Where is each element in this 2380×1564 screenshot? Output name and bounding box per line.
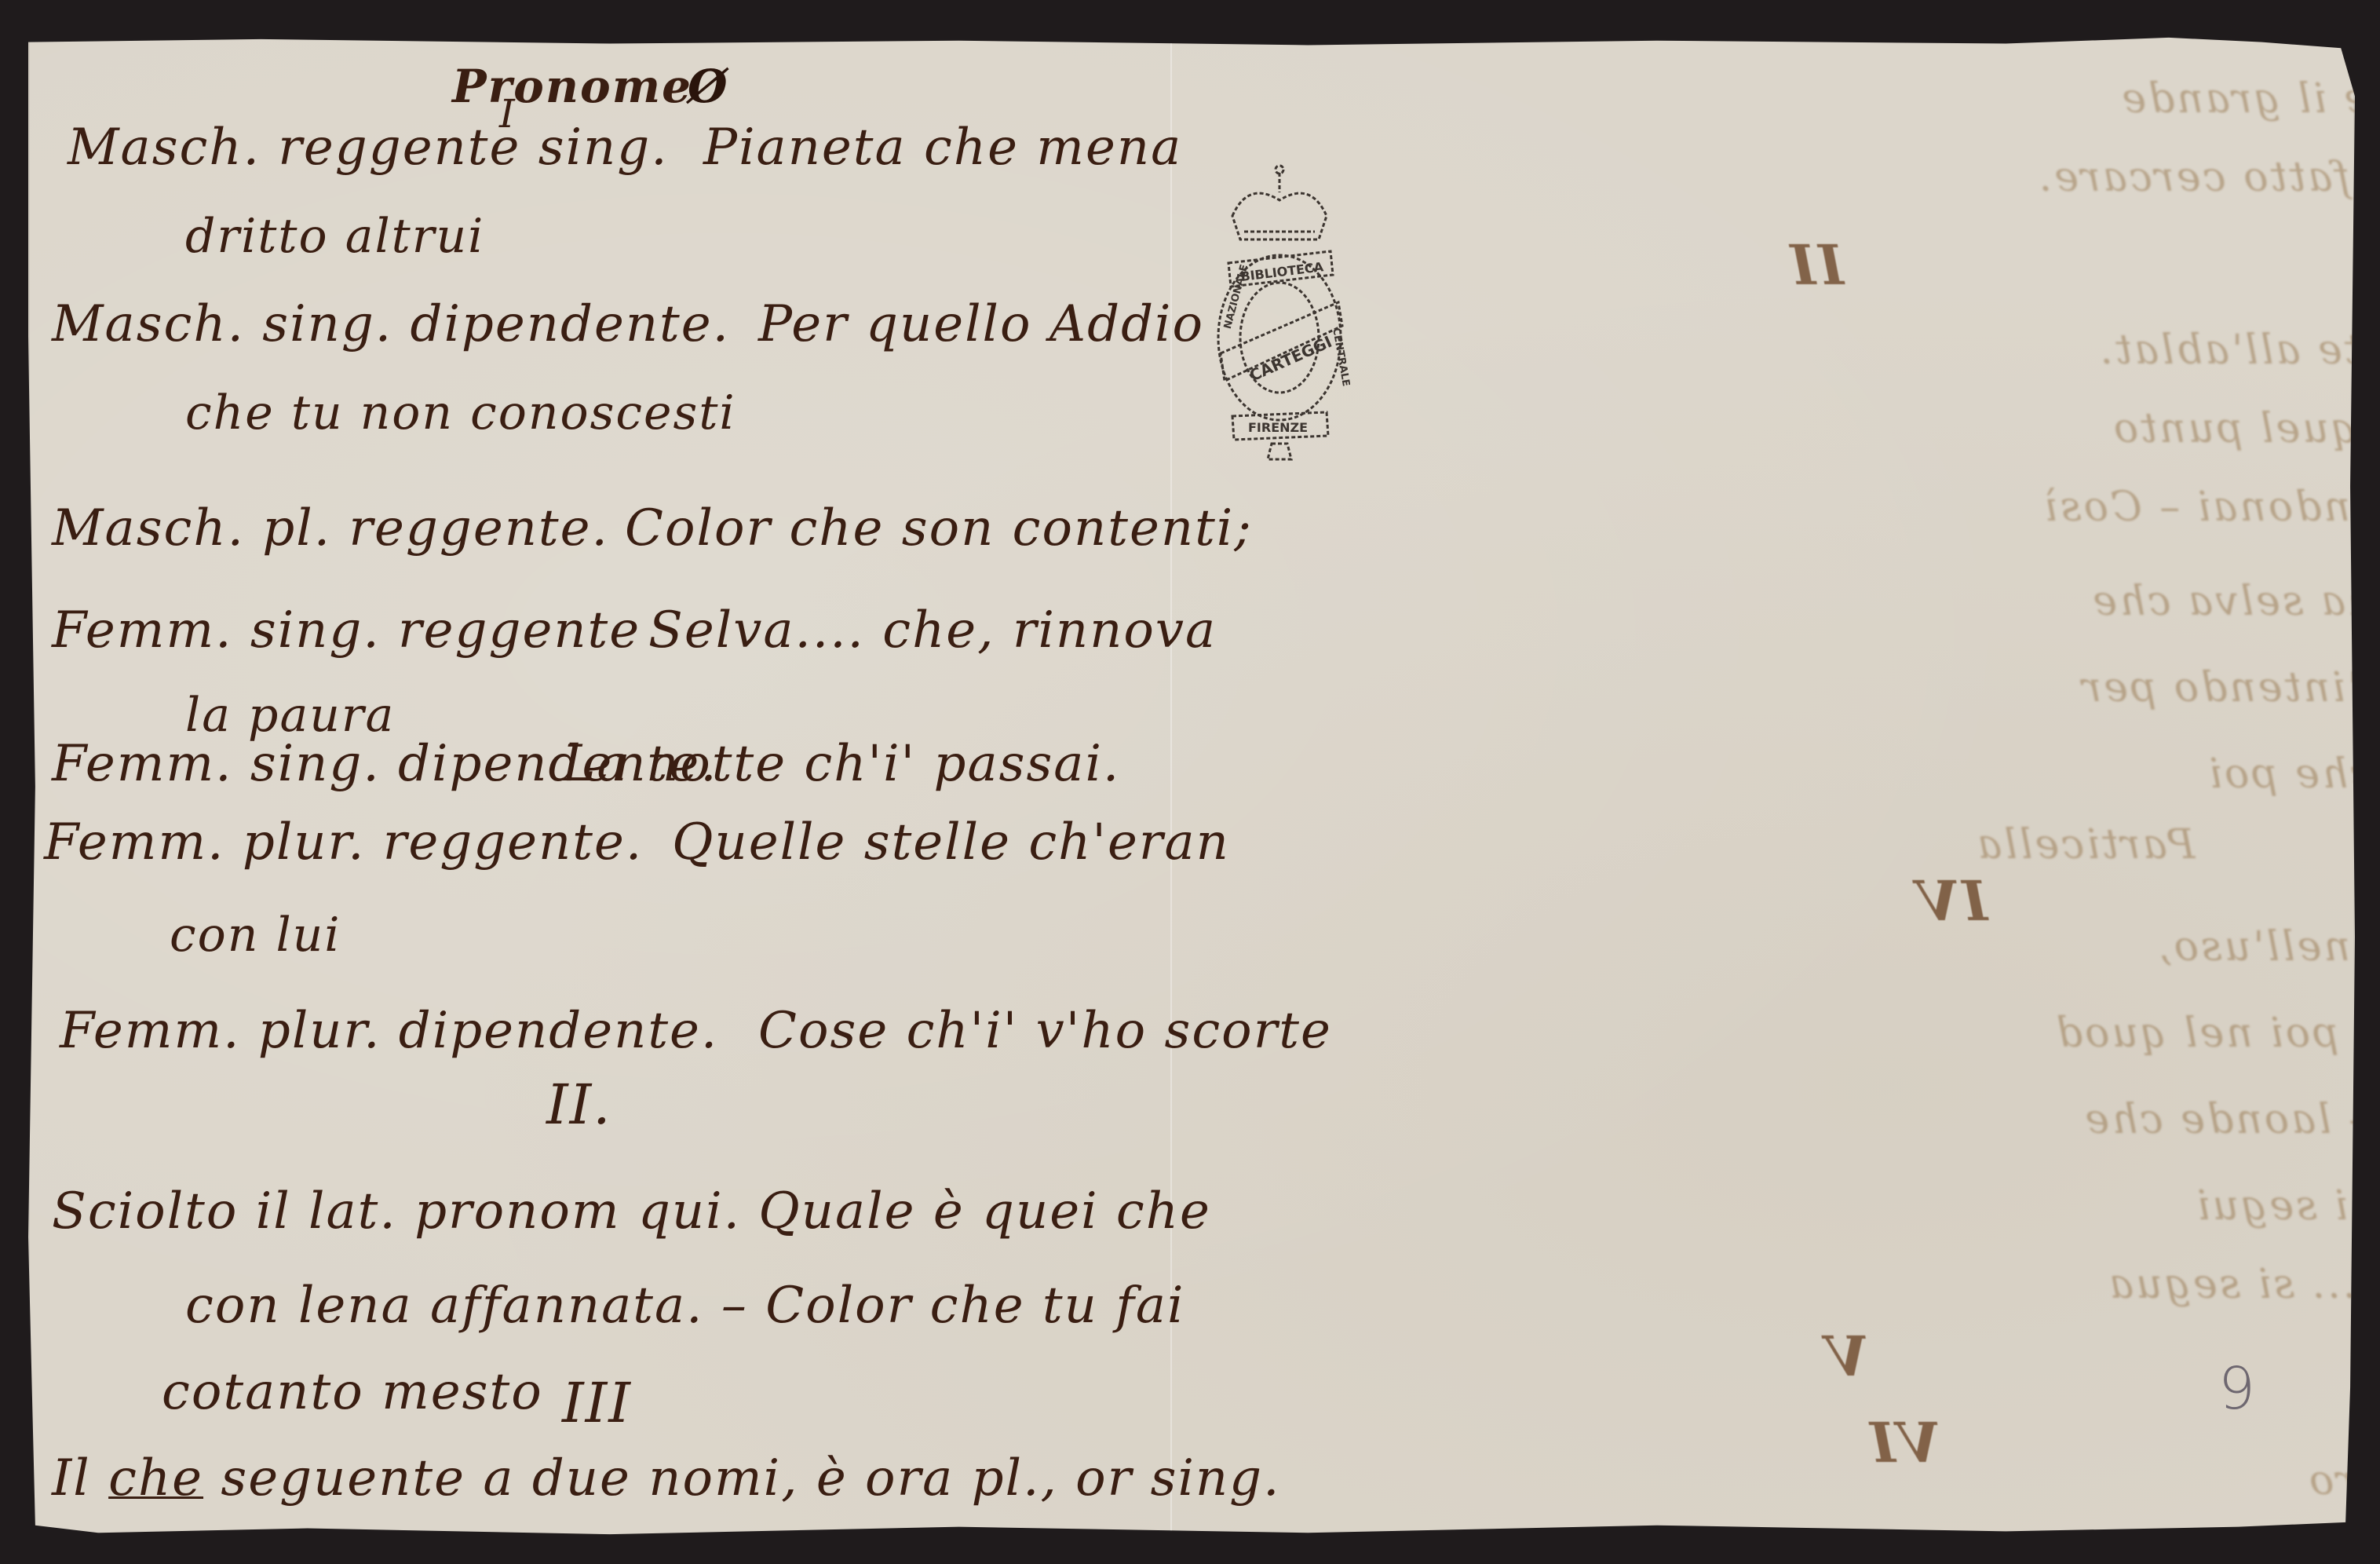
section-III-rest: seguente a due nomi, è ora pl., or sing. xyxy=(221,1449,1280,1507)
section-II-numeral: II. xyxy=(546,1073,612,1137)
bleed-line-11: ambeamente nel quia, e poi nel quod xyxy=(2054,1010,2380,1057)
scan-background: Pronome Ø I Masch. reggente sing. Pianet… xyxy=(0,0,2380,1564)
section-II-line-3: cotanto mesto xyxy=(162,1363,543,1421)
line-3-text: Color che son contenti; xyxy=(625,499,1253,557)
bleed-numeral-VI: VI xyxy=(1867,1410,1940,1475)
section-II-line-2: con lena affannata. – Color che tu fai xyxy=(185,1277,1185,1335)
bleed-numeral-V: V xyxy=(1823,1324,1868,1389)
line-4-text: Selva.... che, rinnova xyxy=(648,601,1217,660)
bleed-line-6: così intende l'altro: per una selva che xyxy=(2090,578,2380,625)
bleed-line-1: qui però. Il lungo studio e il grande xyxy=(2119,75,2380,122)
library-stamp-icon: BIBLIOTECA CARTEGGI FIRENZE NAZIONALE CE… xyxy=(1209,157,1350,471)
line-2-continuation: che tu non conoscesti xyxy=(185,386,736,440)
section-III-underlined-che: che xyxy=(108,1449,203,1507)
line-1-label: Masch. reggente sing. xyxy=(68,119,669,177)
line-6-continuation: con lui xyxy=(170,908,341,963)
bleed-line-12: laonde che .... avvenne – laonde che xyxy=(2082,1096,2380,1143)
line-2-text: Per quello Addio xyxy=(758,295,1204,353)
svg-text:CARTEGGI: CARTEGGI xyxy=(1247,332,1334,386)
bleed-line-10: corrispondente all'inf. lat. misto nell'… xyxy=(2156,923,2380,970)
folio-number: 9 xyxy=(2218,1355,2255,1423)
line-5-text: La notte ch'i' passai. xyxy=(562,735,1120,793)
line-3-label: Masch. pl. reggente. xyxy=(52,499,609,557)
section-III-line-1: Il che seguente a due nomi, è ora pl., o… xyxy=(52,1449,1280,1507)
manuscript-page: Pronome Ø I Masch. reggente sing. Pianet… xyxy=(28,36,2355,1537)
bleed-line-4: o alla partic. quum – che in quel punto xyxy=(2112,405,2380,452)
svg-text:NAZIONALE: NAZIONALE xyxy=(1222,263,1250,330)
line-6-label: Femm. plur. reggente. xyxy=(44,813,643,872)
section-III-prefix: Il xyxy=(52,1449,91,1507)
line-1-continuation: dritto altrui xyxy=(185,209,484,264)
bleed-numeral-IV: IV xyxy=(1915,868,1988,934)
line-7-text: Cose ch'i' v'ho scorte xyxy=(758,1002,1332,1060)
bleed-line-5: che la verace via abbandonai – Così xyxy=(2042,484,2380,531)
bleed-line-9: Particella xyxy=(1975,821,2195,868)
bleed-numeral-II: II xyxy=(1788,232,1845,298)
line-1-text: Pianeta che mena xyxy=(703,119,1182,177)
bleed-line-15: In la un verbo seguito da particella e l… xyxy=(2307,1457,2380,1504)
line-7-label: Femm. plur. dipendente. xyxy=(60,1002,718,1060)
line-2-label: Masch. sing. dipendente. xyxy=(52,295,730,353)
svg-text:FIRENZE: FIRENZE xyxy=(1248,420,1308,435)
bleed-line-14: – non avea che ... si segua xyxy=(2107,1261,2380,1308)
struck-letter: Ø xyxy=(688,60,729,113)
bleed-line-3: Sostituto (ciò) corrispondente all'ablat… xyxy=(2098,327,2380,374)
bleed-line-2: amore che m'han fatto cercare. xyxy=(2037,154,2380,201)
heading-title: Pronome xyxy=(452,60,692,113)
section-II-line-1: Sciolto il lat. pronom qui. Quale è quei… xyxy=(52,1182,1211,1241)
line-6-text: Quelle stelle ch'eran xyxy=(672,813,1230,872)
bleed-line-13: temenne – tempo e avvenne che tu mi segu… xyxy=(2195,1182,2380,1230)
bleed-line-7: la... via era smarrita. Io l'intendo per xyxy=(2079,664,2380,711)
line-4-label: Femm. sing. reggente xyxy=(52,601,641,660)
svg-text:CENTRALE: CENTRALE xyxy=(1330,327,1350,388)
bleed-line-8: quia. Sì che poi xyxy=(2207,751,2380,798)
section-III-numeral: III xyxy=(562,1371,632,1435)
